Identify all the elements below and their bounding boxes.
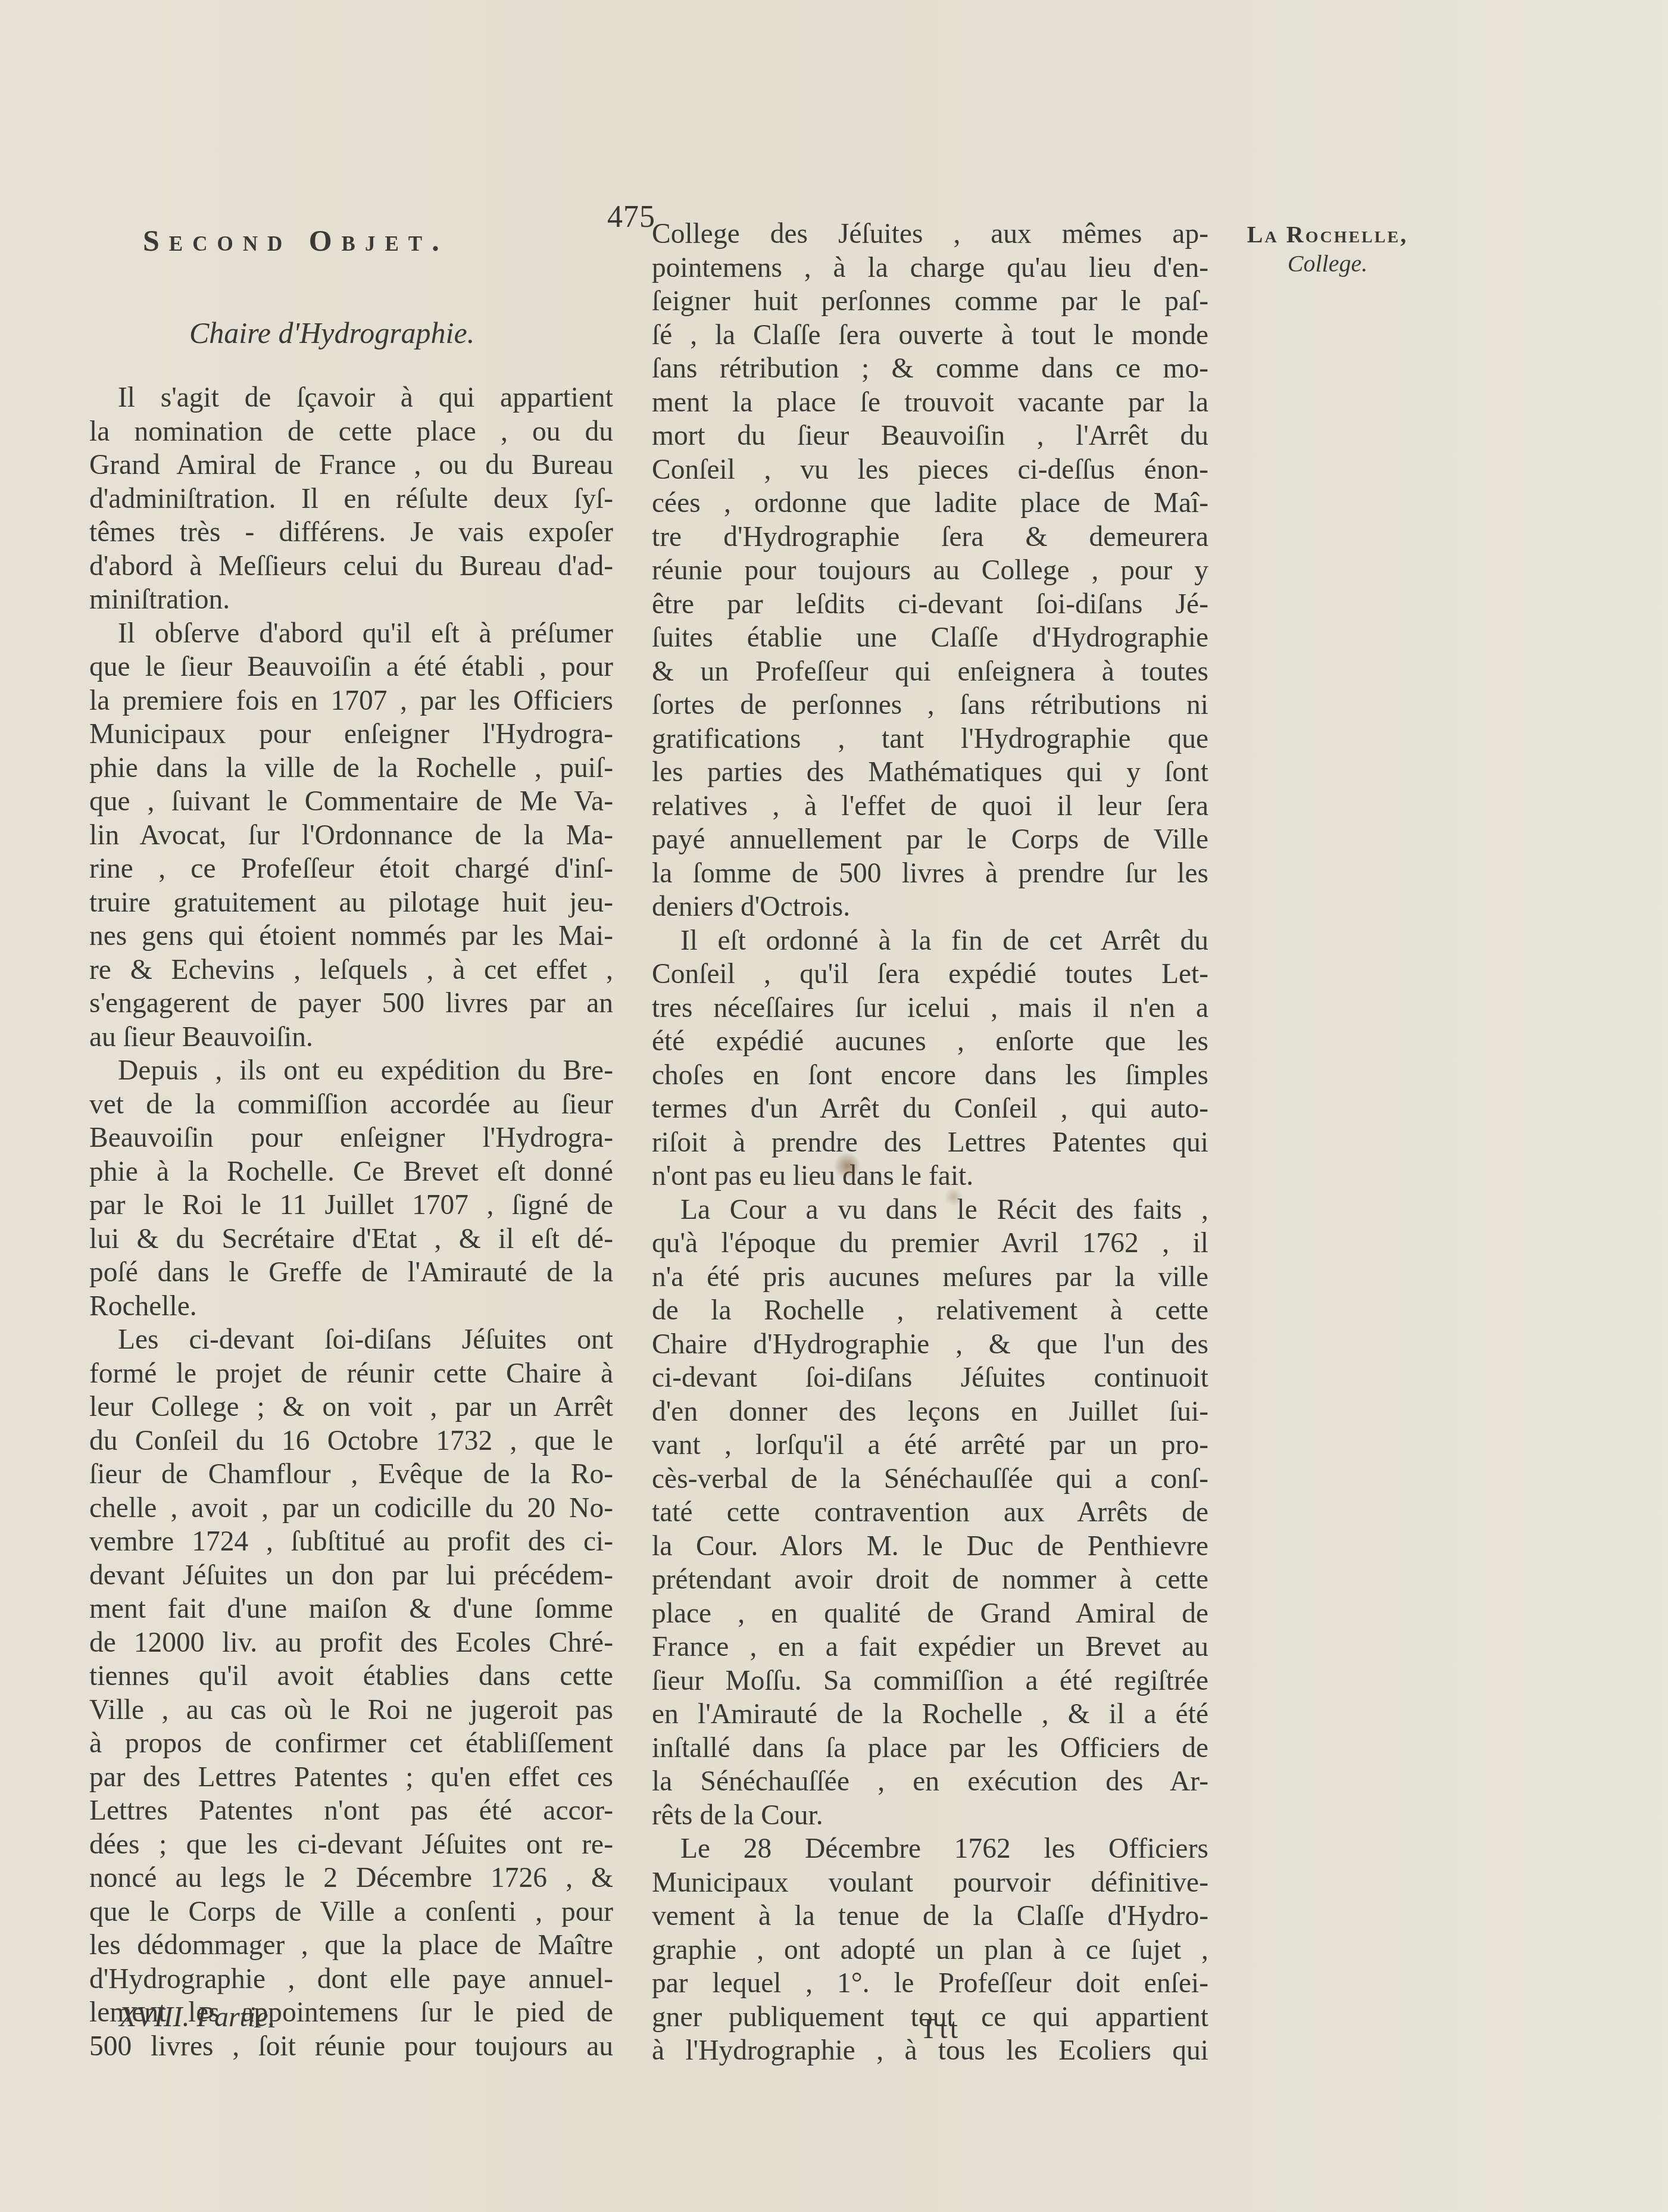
- printer-signature-mark: Ttt: [920, 2013, 960, 2045]
- text-line: College des Jéſuites , aux mêmes ap-: [652, 217, 1208, 251]
- text-line: Conſeil , qu'il ſera expédié toutes Let-: [652, 957, 1208, 991]
- text-line: dées ; que les ci-devant Jéſuites ont re…: [89, 1828, 613, 1862]
- section-title: Second Objet.: [143, 223, 449, 258]
- text-line: Il s'agit de ſçavoir à qui appartient: [89, 381, 613, 415]
- text-line: Le 28 Décembre 1762 les Officiers: [652, 1832, 1208, 1866]
- text-line: en l'Amirauté de la Rochelle , & il a ét…: [652, 1698, 1208, 1731]
- text-line: Municipaux pour enſeigner l'Hydrogra-: [89, 717, 613, 751]
- text-line: lui & du Secrétaire d'Etat , & il eſt dé…: [89, 1222, 613, 1256]
- text-line: payé annuellement par le Corps de Ville: [652, 823, 1208, 857]
- text-line: d'en donner des leçons en Juillet ſui-: [652, 1395, 1208, 1429]
- text-line: n'ont pas eu lieu dans le fait.: [652, 1159, 1208, 1193]
- text-line: La Cour a vu dans le Récit des faits ,: [652, 1193, 1208, 1227]
- text-line: rine , ce Profeſſeur étoit chargé d'inſ-: [89, 852, 613, 886]
- left-text-column: Il s'agit de ſçavoir à qui appartientla …: [89, 381, 613, 2063]
- text-line: Municipaux voulant pourvoir définitive-: [652, 1866, 1208, 1900]
- text-line: leur College ; & on voit , par un Arrêt: [89, 1390, 613, 1424]
- text-line: au ſieur Beauvoiſin.: [89, 1021, 613, 1054]
- text-line: inſtallé dans ſa place par les Officiers…: [652, 1731, 1208, 1765]
- text-line: tre d'Hydrographie ſera & demeurera: [652, 520, 1208, 554]
- text-line: place , en qualité de Grand Amiral de: [652, 1597, 1208, 1631]
- text-line: la nomination de cette place , ou du: [89, 415, 613, 449]
- text-line: pointemens , à la charge qu'au lieu d'en…: [652, 251, 1208, 285]
- text-line: n'a été pris aucunes meſures par la vill…: [652, 1261, 1208, 1294]
- text-line: de la Rochelle , relativement à cette: [652, 1294, 1208, 1328]
- text-line: du Conſeil du 16 Octobre 1732 , que le: [89, 1424, 613, 1458]
- text-line: vet de la commiſſion accordée au ſieur: [89, 1088, 613, 1122]
- text-line: lin Avocat, ſur l'Ordonnance de la Ma-: [89, 819, 613, 853]
- text-line: vant , lorſqu'il a été arrêté par un pro…: [652, 1428, 1208, 1462]
- text-line: ment la place ſe trouvoit vacante par la: [652, 386, 1208, 420]
- text-line: par le Roi le 11 Juillet 1707 , ſigné de: [89, 1188, 613, 1222]
- text-line: la Sénéchauſſée , en exécution des Ar-: [652, 1765, 1208, 1799]
- text-line: re & Echevins , leſquels , à cet effet ,: [89, 953, 613, 987]
- text-line: poſé dans le Greffe de l'Amirauté de la: [89, 1256, 613, 1290]
- text-line: été expédié aucunes , enſorte que les: [652, 1025, 1208, 1059]
- text-line: Ville , au cas où le Roi ne jugeroit pas: [89, 1693, 613, 1727]
- text-line: Depuis , ils ont eu expédition du Bre-: [89, 1054, 613, 1088]
- text-line: rêts de la Cour.: [652, 1799, 1208, 1833]
- text-line: que le ſieur Beauvoiſin a été établi , p…: [89, 650, 613, 684]
- text-line: vembre 1724 , ſubſtitué au profit des ci…: [89, 1525, 613, 1559]
- ink-stain: [833, 1152, 861, 1180]
- text-line: 500 livres , ſoit réunie pour toujours a…: [89, 2030, 613, 2064]
- section-subtitle: Chaire d'Hydrographie.: [189, 316, 474, 350]
- text-line: ci-devant ſoi-diſans Jéſuites continuoit: [652, 1361, 1208, 1395]
- text-line: s'engagerent de payer 500 livres par an: [89, 987, 613, 1021]
- text-line: les parties des Mathématiques qui y ſont: [652, 756, 1208, 790]
- text-line: phie à la Rochelle. Ce Brevet eſt donné: [89, 1155, 613, 1189]
- text-line: vement à la tenue de la Claſſe d'Hydro-: [652, 1899, 1208, 1933]
- text-line: riſoit à prendre des Lettres Patentes qu…: [652, 1126, 1208, 1160]
- text-line: ſieur de Chamflour , Evêque de la Ro-: [89, 1458, 613, 1492]
- text-line: Il eſt ordonné à la fin de cet Arrêt du: [652, 924, 1208, 958]
- right-text-column: College des Jéſuites , aux mêmes ap-poin…: [652, 217, 1208, 2068]
- text-line: la ſomme de 500 livres à prendre ſur les: [652, 857, 1208, 891]
- text-line: à propos de confirmer cet établiſſement: [89, 1727, 613, 1761]
- text-line: de 12000 liv. au profit des Ecoles Chré-: [89, 1626, 613, 1660]
- text-line: ſans rétribution ; & comme dans ce mo-: [652, 352, 1208, 386]
- text-line: par lequel , 1°. le Profeſſeur doit enſe…: [652, 1967, 1208, 2001]
- text-line: chelle , avoit , par un codicille du 20 …: [89, 1492, 613, 1525]
- text-line: relatives , à l'effet de quoi il leur ſe…: [652, 790, 1208, 823]
- text-line: truire gratuitement au pilotage huit jeu…: [89, 886, 613, 920]
- text-line: par des Lettres Patentes ; qu'en effet c…: [89, 1761, 613, 1795]
- text-line: mort du ſieur Beauvoiſin , l'Arrêt du: [652, 419, 1208, 453]
- text-line: cès-verbal de la Sénéchauſſée qui a conſ…: [652, 1462, 1208, 1496]
- text-line: tiennes qu'il avoit établies dans cette: [89, 1659, 613, 1693]
- text-line: taté cette contravention aux Arrêts de: [652, 1496, 1208, 1530]
- text-line: la Cour. Alors M. le Duc de Penthievre: [652, 1530, 1208, 1564]
- text-line: d'Hydrographie , dont elle paye annuel-: [89, 1963, 613, 1996]
- text-line: ment fait d'une maiſon & d'une ſomme: [89, 1592, 613, 1626]
- text-line: formé le projet de réunir cette Chaire à: [89, 1357, 613, 1391]
- text-line: Les ci-devant ſoi-diſans Jéſuites ont: [89, 1323, 613, 1357]
- text-line: nes gens qui étoient nommés par les Mai-: [89, 919, 613, 953]
- text-line: ſé , la Claſſe ſera ouverte à tout le mo…: [652, 319, 1208, 352]
- text-line: deniers d'Octrois.: [652, 890, 1208, 924]
- text-line: Beauvoiſin pour enſeigner l'Hydrogra-: [89, 1121, 613, 1155]
- text-line: tres néceſſaires ſur icelui , mais il n'…: [652, 991, 1208, 1025]
- text-line: Lettres Patentes n'ont pas été accor-: [89, 1794, 613, 1828]
- text-line: d'abord à Meſſieurs celui du Bureau d'ad…: [89, 550, 613, 584]
- text-line: gratifications , tant l'Hydrographie que: [652, 722, 1208, 756]
- margin-note-place: La Rochelle,: [1229, 220, 1426, 248]
- text-line: graphie , ont adopté un plan à ce ſujet …: [652, 1933, 1208, 1967]
- page-number: 475: [607, 199, 655, 235]
- text-line: qu'à l'époque du premier Avril 1762 , il: [652, 1227, 1208, 1261]
- text-line: France , en a fait expédier un Brevet au: [652, 1630, 1208, 1664]
- text-line: les dédommager , que la place de Maître: [89, 1929, 613, 1963]
- text-line: choſes en ſont encore dans les ſimples: [652, 1059, 1208, 1093]
- text-line: devant Jéſuites un don par lui précédem-: [89, 1559, 613, 1593]
- text-line: ſeigner huit perſonnes comme par le paſ-: [652, 285, 1208, 319]
- text-line: ſieur Moſſu. Sa commiſſion a été regiſtr…: [652, 1664, 1208, 1698]
- text-line: phie dans la ville de la Rochelle , puiſ…: [89, 751, 613, 785]
- text-line: la premiere fois en 1707 , par les Offic…: [89, 684, 613, 718]
- text-line: Chaire d'Hydrographie , & que l'un des: [652, 1328, 1208, 1362]
- volume-part-label: XVIII. Partie.: [119, 2001, 276, 2033]
- ink-stain: [944, 1188, 964, 1206]
- margin-note-topic: College.: [1229, 249, 1426, 277]
- text-line: têmes très - différens. Je vais expoſer: [89, 516, 613, 550]
- text-line: noncé au legs le 2 Décembre 1726 , &: [89, 1861, 613, 1895]
- margin-note: La Rochelle, College.: [1229, 220, 1426, 277]
- text-line: ſuites établie une Claſſe d'Hydrographie: [652, 621, 1208, 655]
- text-line: Grand Amiral de France , ou du Bureau: [89, 448, 613, 482]
- text-line: Rochelle.: [89, 1290, 613, 1324]
- text-line: d'adminiſtration. Il en réſulte deux ſyſ…: [89, 482, 613, 516]
- text-line: Il obſerve d'abord qu'il eſt à préſumer: [89, 617, 613, 651]
- text-line: Conſeil , vu les pieces ci-deſſus énon-: [652, 453, 1208, 487]
- text-line: termes d'un Arrêt du Conſeil , qui auto-: [652, 1092, 1208, 1126]
- text-line: être par leſdits ci-devant ſoi-diſans Jé…: [652, 588, 1208, 622]
- text-line: cées , ordonne que ladite place de Maî-: [652, 486, 1208, 520]
- text-line: que le Corps de Ville a conſenti , pour: [89, 1895, 613, 1929]
- text-line: réunie pour toujours au College , pour y: [652, 554, 1208, 588]
- text-line: & un Profeſſeur qui enſeignera à toutes: [652, 655, 1208, 689]
- text-line: que , ſuivant le Commentaire de Me Va-: [89, 785, 613, 819]
- text-line: prétendant avoir droit de nommer à cette: [652, 1563, 1208, 1597]
- text-line: ſortes de perſonnes , ſans rétributions …: [652, 688, 1208, 722]
- text-line: miniſtration.: [89, 583, 613, 617]
- book-page: 475 Second Objet. Chaire d'Hydrographie.…: [0, 0, 1668, 2212]
